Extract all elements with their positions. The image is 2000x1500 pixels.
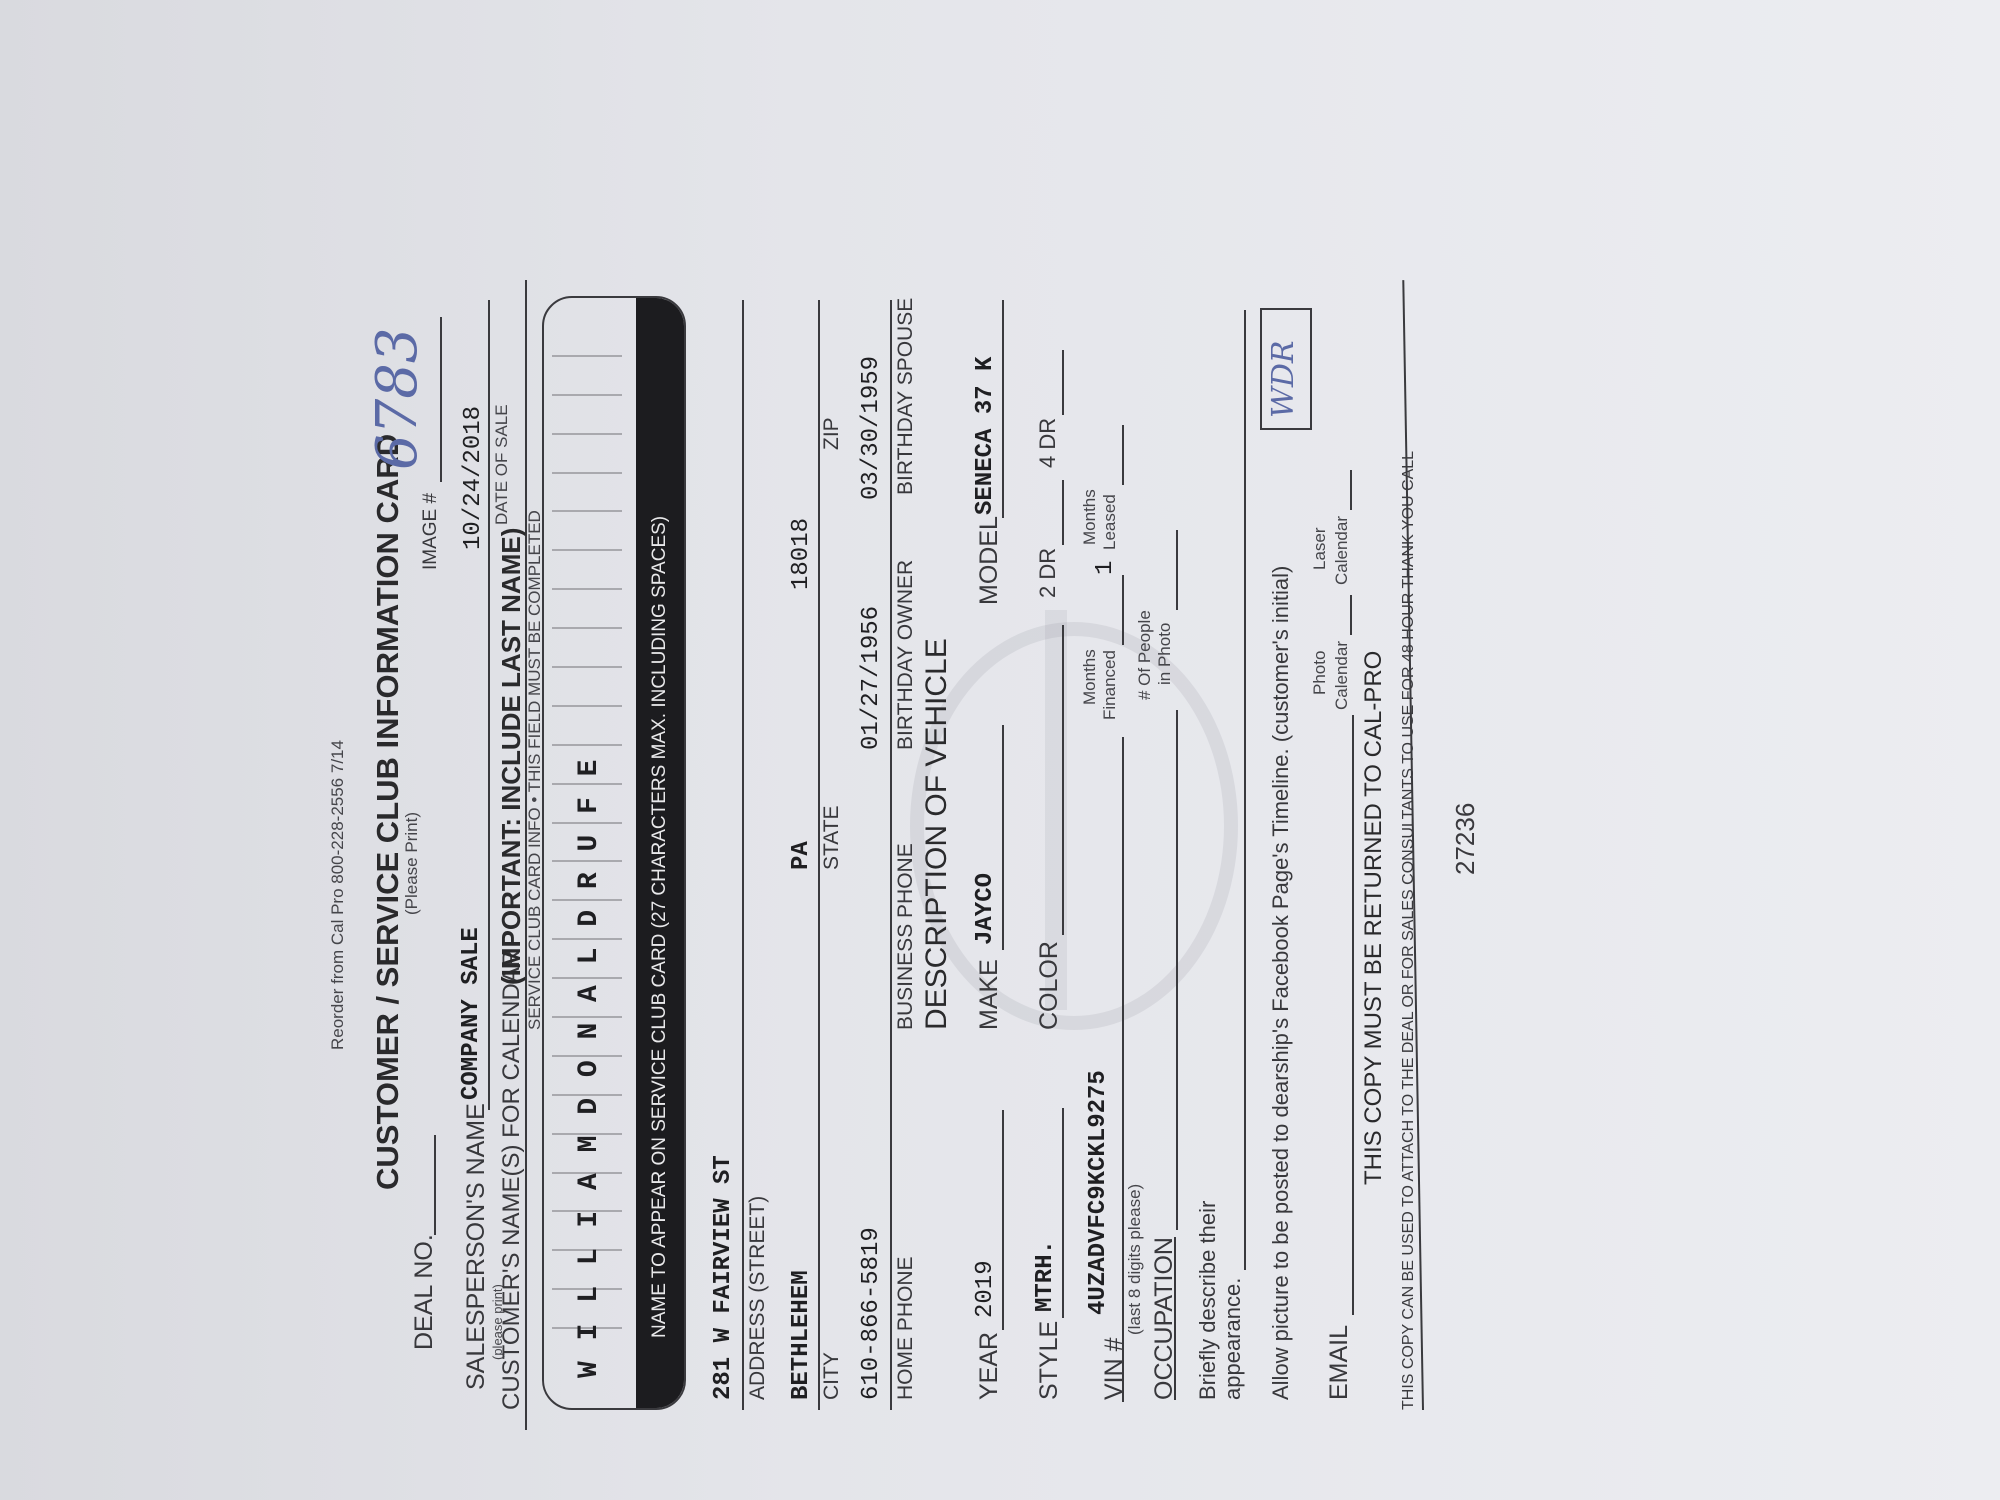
year-label: YEAR — [975, 1332, 1004, 1400]
vin-value[interactable]: 4UZADVFC9KCKL9275 — [1085, 1070, 1112, 1315]
character-cell-divider — [552, 744, 622, 746]
months-financed-label-1: Months — [1080, 649, 1100, 705]
people-in-photo-label-1: # Of People — [1135, 610, 1155, 700]
deal-no-label: DEAL NO. — [410, 1234, 439, 1350]
address-label: ADDRESS (STREET) — [746, 1196, 770, 1400]
make-value[interactable]: JAYCO — [972, 873, 999, 945]
customer-names-important: (IMPORTANT: INCLUDE LAST NAME) — [496, 528, 527, 985]
color-field[interactable] — [1062, 625, 1064, 935]
phone-underline — [890, 300, 892, 1410]
email-label: EMAIL — [1325, 1325, 1354, 1400]
birthday-spouse-label: BIRTHDAY SPOUSE — [894, 298, 918, 495]
character-cell-divider — [552, 510, 622, 512]
photo-calendar-field[interactable] — [1350, 595, 1352, 635]
reorder-note: Reorder from Cal Pro 800-228-2556 7/14 — [328, 740, 348, 1050]
photo-calendar-label-1: Photo — [1310, 651, 1330, 695]
city-value[interactable]: BETHLEHEM — [788, 1270, 815, 1400]
vin-underline — [1122, 737, 1124, 1402]
color-label: COLOR — [1035, 941, 1064, 1030]
form-title-sub: (Please Print) — [402, 812, 422, 915]
business-phone-label: BUSINESS PHONE — [894, 843, 918, 1030]
two-door-label: 2 DR — [1035, 548, 1061, 598]
state-value[interactable]: PA — [788, 841, 815, 870]
service-club-card-name-box[interactable]: W I L L I A M D O N A L D R U F E NAME T… — [542, 296, 686, 1410]
style-underline — [1062, 1108, 1064, 1318]
vin-sub: (last 8 digits please) — [1125, 1184, 1145, 1335]
appearance-field[interactable] — [1244, 310, 1246, 1270]
four-door-label: 4 DR — [1035, 418, 1061, 468]
salesperson-value[interactable]: COMPANY SALE — [458, 927, 485, 1100]
zip-label: ZIP — [820, 417, 844, 450]
style-value[interactable]: MTRH. — [1032, 1240, 1059, 1312]
character-cell-divider — [552, 627, 622, 629]
model-label: MODEL — [975, 516, 1004, 605]
date-of-sale-underline — [488, 300, 490, 565]
appearance-label-2: appearance. — [1220, 1278, 1246, 1400]
months-leased-label-1: Months — [1080, 489, 1100, 545]
months-financed-label-2: Financed — [1100, 650, 1120, 720]
two-door-field[interactable] — [1062, 480, 1064, 545]
occupation-label: OCCUPATION — [1150, 1237, 1179, 1400]
birthday-spouse-value[interactable]: 03/30/1959 — [858, 356, 885, 500]
address-value[interactable]: 281 W FAIRVIEW ST — [710, 1155, 737, 1400]
return-note: THIS COPY MUST BE RETURNED TO CAL-PRO — [1360, 651, 1388, 1185]
birthday-owner-value[interactable]: 01/27/1956 — [858, 606, 885, 750]
card-name-instructions: NAME TO APPEAR ON SERVICE CLUB CARD (27 … — [636, 298, 684, 1408]
deal-no-field[interactable] — [434, 1135, 436, 1235]
image-number-underline — [440, 317, 442, 482]
image-number-label: IMAGE # — [420, 493, 442, 570]
character-cell-divider — [552, 549, 622, 551]
image-number-value[interactable]: 6783 — [365, 327, 430, 470]
months-leased-value[interactable]: 1 — [1092, 561, 1119, 575]
laser-calendar-field[interactable] — [1350, 470, 1352, 510]
form-number: 27236 — [1450, 803, 1481, 875]
date-of-sale-value[interactable]: 10/24/2018 — [460, 406, 487, 550]
character-cell-divider — [552, 394, 622, 396]
address-underline — [742, 300, 744, 1410]
character-cell-divider — [552, 705, 622, 707]
form-title: CUSTOMER / SERVICE CLUB INFORMATION CARD — [370, 434, 406, 1190]
watermark-logo — [910, 622, 1238, 1030]
year-underline — [1002, 1110, 1004, 1330]
laser-calendar-label-2: Calendar — [1332, 516, 1352, 585]
date-of-sale-label: DATE OF SALE — [492, 404, 512, 525]
character-cell-divider — [552, 433, 622, 435]
vehicle-heading: DESCRIPTION OF VEHICLE — [920, 638, 954, 1030]
customer-names-label: CUSTOMER'S NAME(S) FOR CALENDAR — [498, 950, 526, 1410]
model-underline — [1002, 300, 1004, 518]
service-club-information-card: Reorder from Cal Pro 800-228-2556 7/14 C… — [310, 250, 1640, 1430]
appearance-label-1: Briefly describe their — [1195, 1201, 1221, 1400]
home-phone-value[interactable]: 610-866-5819 — [858, 1227, 885, 1400]
state-label: STATE — [820, 805, 844, 870]
customer-initial-box[interactable]: WDR — [1260, 308, 1312, 430]
occupation-field[interactable] — [1176, 710, 1178, 1230]
four-door-field[interactable] — [1062, 350, 1064, 415]
year-value[interactable]: 2019 — [972, 1260, 999, 1318]
home-phone-label: HOME PHONE — [894, 1256, 918, 1400]
facebook-consent-label: Allow picture to be posted to dearship's… — [1268, 566, 1294, 1400]
salesperson-underline — [488, 565, 490, 1110]
months-leased-underline — [1122, 425, 1124, 485]
months-leased-label-2: Leased — [1100, 494, 1120, 550]
customer-initial-value: WDR — [1266, 341, 1301, 418]
character-cell-divider — [552, 355, 622, 357]
people-in-photo-label-2: in Photo — [1155, 623, 1175, 685]
make-label: MAKE — [975, 959, 1004, 1030]
style-label: STYLE — [1035, 1321, 1064, 1400]
make-underline — [1002, 725, 1004, 950]
salesperson-label: SALESPERSON'S NAME — [462, 1103, 491, 1390]
email-field[interactable] — [1352, 715, 1354, 1315]
city-label: CITY — [820, 1352, 844, 1400]
months-financed-field[interactable] — [1122, 575, 1124, 645]
vin-label: VIN # — [1100, 1337, 1129, 1400]
birthday-owner-label: BIRTHDAY OWNER — [894, 560, 918, 750]
model-value[interactable]: SENECA 37 K — [972, 357, 999, 515]
zip-value[interactable]: 18018 — [788, 518, 815, 590]
laser-calendar-label-1: Laser — [1310, 527, 1330, 570]
card-name-value[interactable]: W I L L I A M D O N A L D R U F E — [574, 758, 605, 1379]
footer-note: THIS COPY CAN BE USED TO ATTACH TO THE D… — [1400, 451, 1418, 1410]
character-cell-divider — [552, 472, 622, 474]
photo-calendar-label-2: Calendar — [1332, 641, 1352, 710]
character-cell-divider — [552, 588, 622, 590]
people-in-photo-field[interactable] — [1176, 530, 1178, 610]
character-cell-divider — [552, 666, 622, 668]
